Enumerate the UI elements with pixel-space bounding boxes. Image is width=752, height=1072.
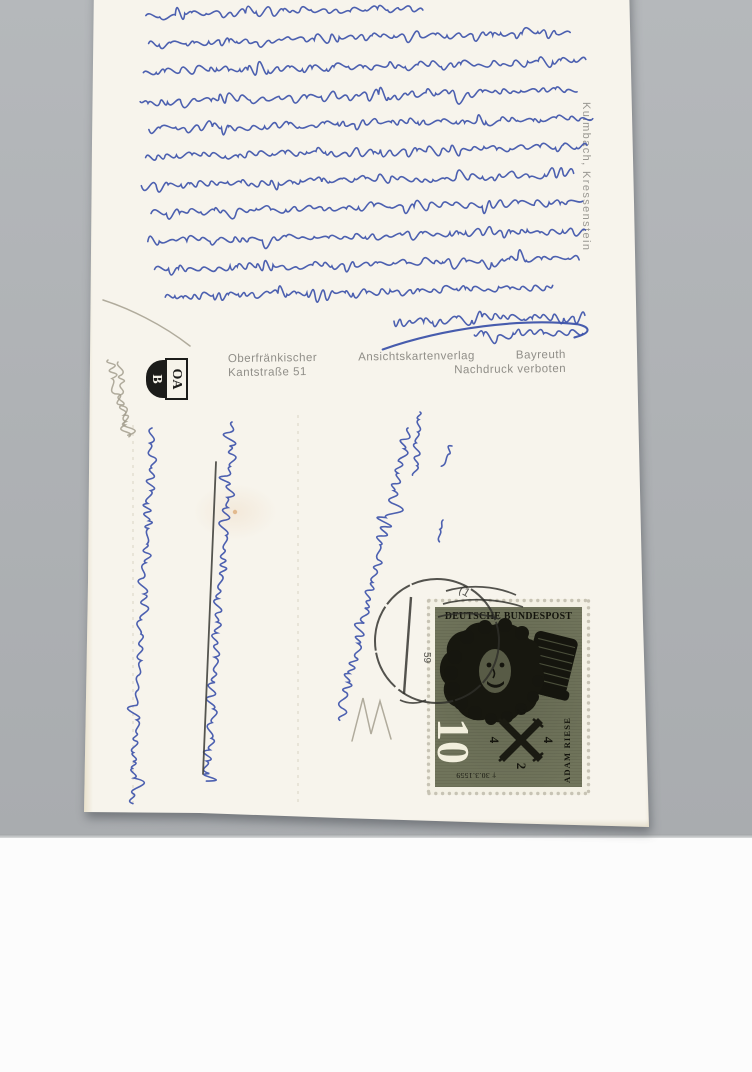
caption-location-text: Kulmbach, Kressenstein bbox=[580, 102, 592, 302]
publisher-street: Kantstraße 51 bbox=[228, 365, 307, 380]
stamp-name-text: ADAM RIESE bbox=[562, 687, 572, 783]
publisher-line2: Kantstraße 51 Nachdruck verboten bbox=[228, 362, 566, 380]
logo-oa-letters: OA bbox=[165, 358, 188, 400]
publisher-name: Oberfränkischer bbox=[228, 351, 317, 366]
postcard-scan: Kulmbach, Kressenstein OA B Oberfränkisc… bbox=[0, 0, 752, 1072]
publisher-logo-oab: OA B bbox=[146, 358, 188, 400]
logo-b-letter: B bbox=[146, 360, 166, 398]
postage-stamp: DEUTSCHE BUNDESPOST bbox=[427, 599, 590, 795]
postcard-back: Kulmbach, Kressenstein OA B Oberfränkisc… bbox=[80, 0, 658, 834]
publisher-city: Bayreuth bbox=[516, 348, 566, 363]
postcard-wrapper: Kulmbach, Kressenstein OA B Oberfränkisc… bbox=[0, 0, 752, 900]
stamp-panel: DEUTSCHE BUNDESPOST bbox=[435, 607, 582, 787]
cross-digit-left: 4 bbox=[487, 733, 501, 747]
publisher-type: Ansichtskartenverlag bbox=[358, 349, 475, 364]
stamp-death-date: † 30.3.1559 bbox=[443, 771, 509, 780]
publisher-imprint: Oberfränkischer Ansichtskartenverlag Bay… bbox=[228, 348, 566, 380]
cross-digit-bottom: 2 bbox=[514, 759, 528, 773]
cross-digit-right: 4 bbox=[541, 733, 555, 747]
stamp-value-10: 10 bbox=[416, 718, 492, 764]
cross-digit-top: 2 bbox=[514, 705, 528, 719]
reprint-notice: Nachdruck verboten bbox=[454, 362, 566, 377]
